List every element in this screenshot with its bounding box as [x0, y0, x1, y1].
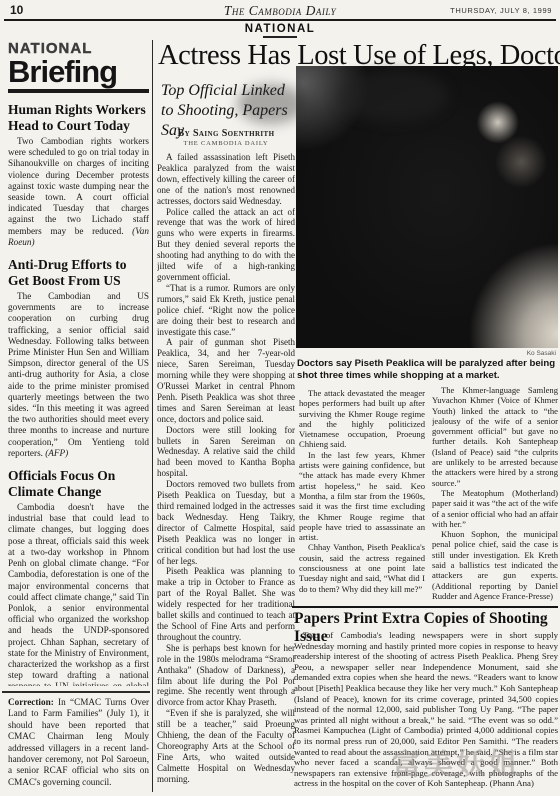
article-paragraph: The attack devastated the meager hopes p…: [299, 388, 425, 450]
article-paragraph: She is perhaps best known for her role i…: [157, 643, 295, 708]
briefing-column: NATIONAL Briefing Human Rights Workers H…: [8, 40, 149, 686]
photo-credit: Ko Sasaki: [296, 350, 556, 357]
scan-smudge: [338, 70, 448, 122]
brief-item-title: Anti-Drug Efforts to Get Boost From US: [8, 257, 149, 288]
issue-date: THURSDAY, JULY 8, 1999: [450, 6, 552, 15]
second-article-rule: [292, 606, 558, 608]
brief-attribution: (AFP): [45, 448, 68, 458]
correction-label: Correction:: [8, 697, 54, 707]
correction-block: Correction: In “CMAC Turns Over Land to …: [8, 697, 149, 788]
brief-item-title: Human Rights Workers Head to Court Today: [8, 102, 149, 133]
byline-author: By Saing Soenthrith: [157, 128, 295, 139]
correction-body: In “CMAC Turns Over Land to Farm Familie…: [8, 697, 149, 787]
article-paragraph: Chhay Vanthon, Piseth Peaklica's cousin,…: [299, 542, 425, 593]
brief-body: Two Cambodian rights workers were schedu…: [8, 136, 149, 236]
article-paragraph: Piseth Peaklica was planning to make a t…: [157, 566, 295, 642]
article-column-1: A failed assassination left Piseth Peakl…: [157, 152, 295, 790]
column-divider: [152, 40, 153, 792]
article-paragraph: The Khmer-language Samleng Yuvachon Khme…: [432, 385, 558, 488]
article-paragraph: Khuon Sophon, the municipal penal police…: [432, 529, 558, 601]
article-column-2: The attack devastated the meager hopes p…: [299, 388, 425, 601]
article-paragraph: Doctors removed two bullets from Piseth …: [157, 479, 295, 566]
scan-smudge: [237, 84, 305, 124]
article-paragraph: In the last few years, Khmer artists wer…: [299, 450, 425, 543]
newspaper-page: 10 The Cambodia Daily THURSDAY, JULY 8, …: [0, 0, 560, 796]
article-column-3: The Khmer-language Samleng Yuvachon Khme…: [432, 385, 558, 601]
brief-item-text: Cambodia doesn't have the industrial bas…: [8, 502, 149, 686]
brief-body: The Cambodian and US governments are to …: [8, 291, 149, 458]
correction-text: Correction: In “CMAC Turns Over Land to …: [8, 697, 149, 788]
header-rule: [4, 19, 556, 21]
brief-body: Cambodia doesn't have the industrial bas…: [8, 502, 149, 686]
article-paragraph: Police called the attack an act of reven…: [157, 207, 295, 283]
article-paragraph: “Even if she is paralyzed, she will stil…: [157, 708, 295, 784]
article-paragraph: The Meatophum (Motherland) paper said it…: [432, 488, 558, 529]
article-paragraph: A pair of gunman shot Piseth Peaklica, 3…: [157, 337, 295, 424]
photo-caption: Doctors say Piseth Peaklica will be para…: [297, 358, 558, 382]
brief-item-text: The Cambodian and US governments are to …: [8, 291, 149, 459]
article-paragraph: Doctors were still looking for bullets i…: [157, 425, 295, 480]
brief-item-title: Officials Focus On Climate Change: [8, 468, 149, 499]
byline-organization: THE CAMBODIA DAILY: [157, 140, 295, 147]
briefing-title: Briefing: [8, 57, 149, 93]
section-label: NATIONAL: [0, 23, 560, 38]
page-header: 10 The Cambodia Daily THURSDAY, JULY 8, …: [0, 3, 560, 18]
brief-item-text: Two Cambodian rights workers were schedu…: [8, 136, 149, 248]
article-paragraph: “That is a rumor. Rumors are only rumors…: [157, 283, 295, 338]
correction-rule: [2, 691, 150, 693]
byline-block: By Saing Soenthrith THE CAMBODIA DAILY: [157, 128, 295, 147]
watermark: 富美妖姐: [392, 741, 521, 784]
article-paragraph: A failed assassination left Piseth Peakl…: [157, 152, 295, 207]
